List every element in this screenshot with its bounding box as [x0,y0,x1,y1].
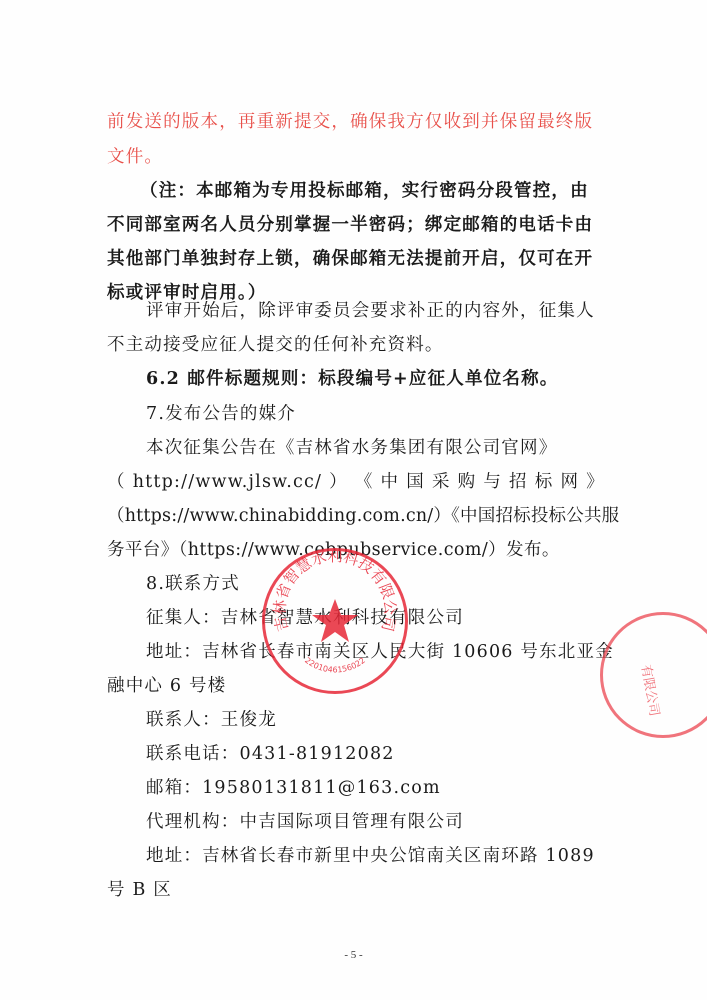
contact-collector: 征集人：吉林省智慧水利科技有限公司 [146,607,646,629]
section-heading-6-2: 6.2 邮件标题规则：标段编号+应征人单位名称。 [146,368,646,390]
agency-name: 代理机构：中吉国际项目管理有限公司 [146,811,646,833]
paragraph-line: 评审开始后，除评审委员会要求补正的内容外，征集人 [146,300,646,322]
contact-phone: 联系电话：0431-81912082 [146,743,646,765]
link-jlsw: http://www.jlsw.cc/ [133,471,322,493]
page-number: - 5 - [0,949,707,961]
section-heading-8: 8.联系方式 [146,573,646,595]
contact-address-cont: 融中心 6 号楼 [107,675,607,697]
agency-address: 地址：吉林省长春市新里中央公馆南关区南环路 1089 [146,845,646,867]
note-line: 其他部门单独封存上锁，确保邮箱无法提前开启，仅可在开 [107,248,607,270]
paragraph-line-justified: （ http://www.jlsw.cc/ ） 《 中 国 采 购 与 招 标 … [107,471,605,493]
section-heading-7: 7.发布公告的媒介 [146,403,646,425]
paragraph-line: 文件。 [107,146,607,168]
agency-address-cont: 号 B 区 [107,879,607,901]
paragraph-line: 本次征集公告在《吉林省水务集团有限公司官网》 [146,437,646,459]
contact-email: 邮箱：19580131811@163.com [146,777,646,799]
paragraph-line: 前发送的版本，再重新提交，确保我方仅收到并保留最终版 [107,111,607,133]
contact-person: 联系人：王俊龙 [146,709,646,731]
paragraph-line: （https://www.chinabidding.com.cn/）《中国招标投… [107,505,607,527]
paragraph-line: 不主动接受应征人提交的任何补充资料。 [107,334,607,356]
paragraph-line: 务平台》（https://www.cebpubservice.com/）发布。 [107,539,607,561]
document-page: 前发送的版本，再重新提交，确保我方仅收到并保留最终版 文件。 （注：本邮箱为专用… [0,0,707,1000]
contact-address: 地址：吉林省长春市南关区人民大街 10606 号东北亚金 [146,641,646,663]
note-line: 不同部室两名人员分别掌握一半密码；绑定邮箱的电话卡由 [107,214,607,236]
note-line: （注：本邮箱为专用投标邮箱，实行密码分段管控，由 [140,180,640,202]
